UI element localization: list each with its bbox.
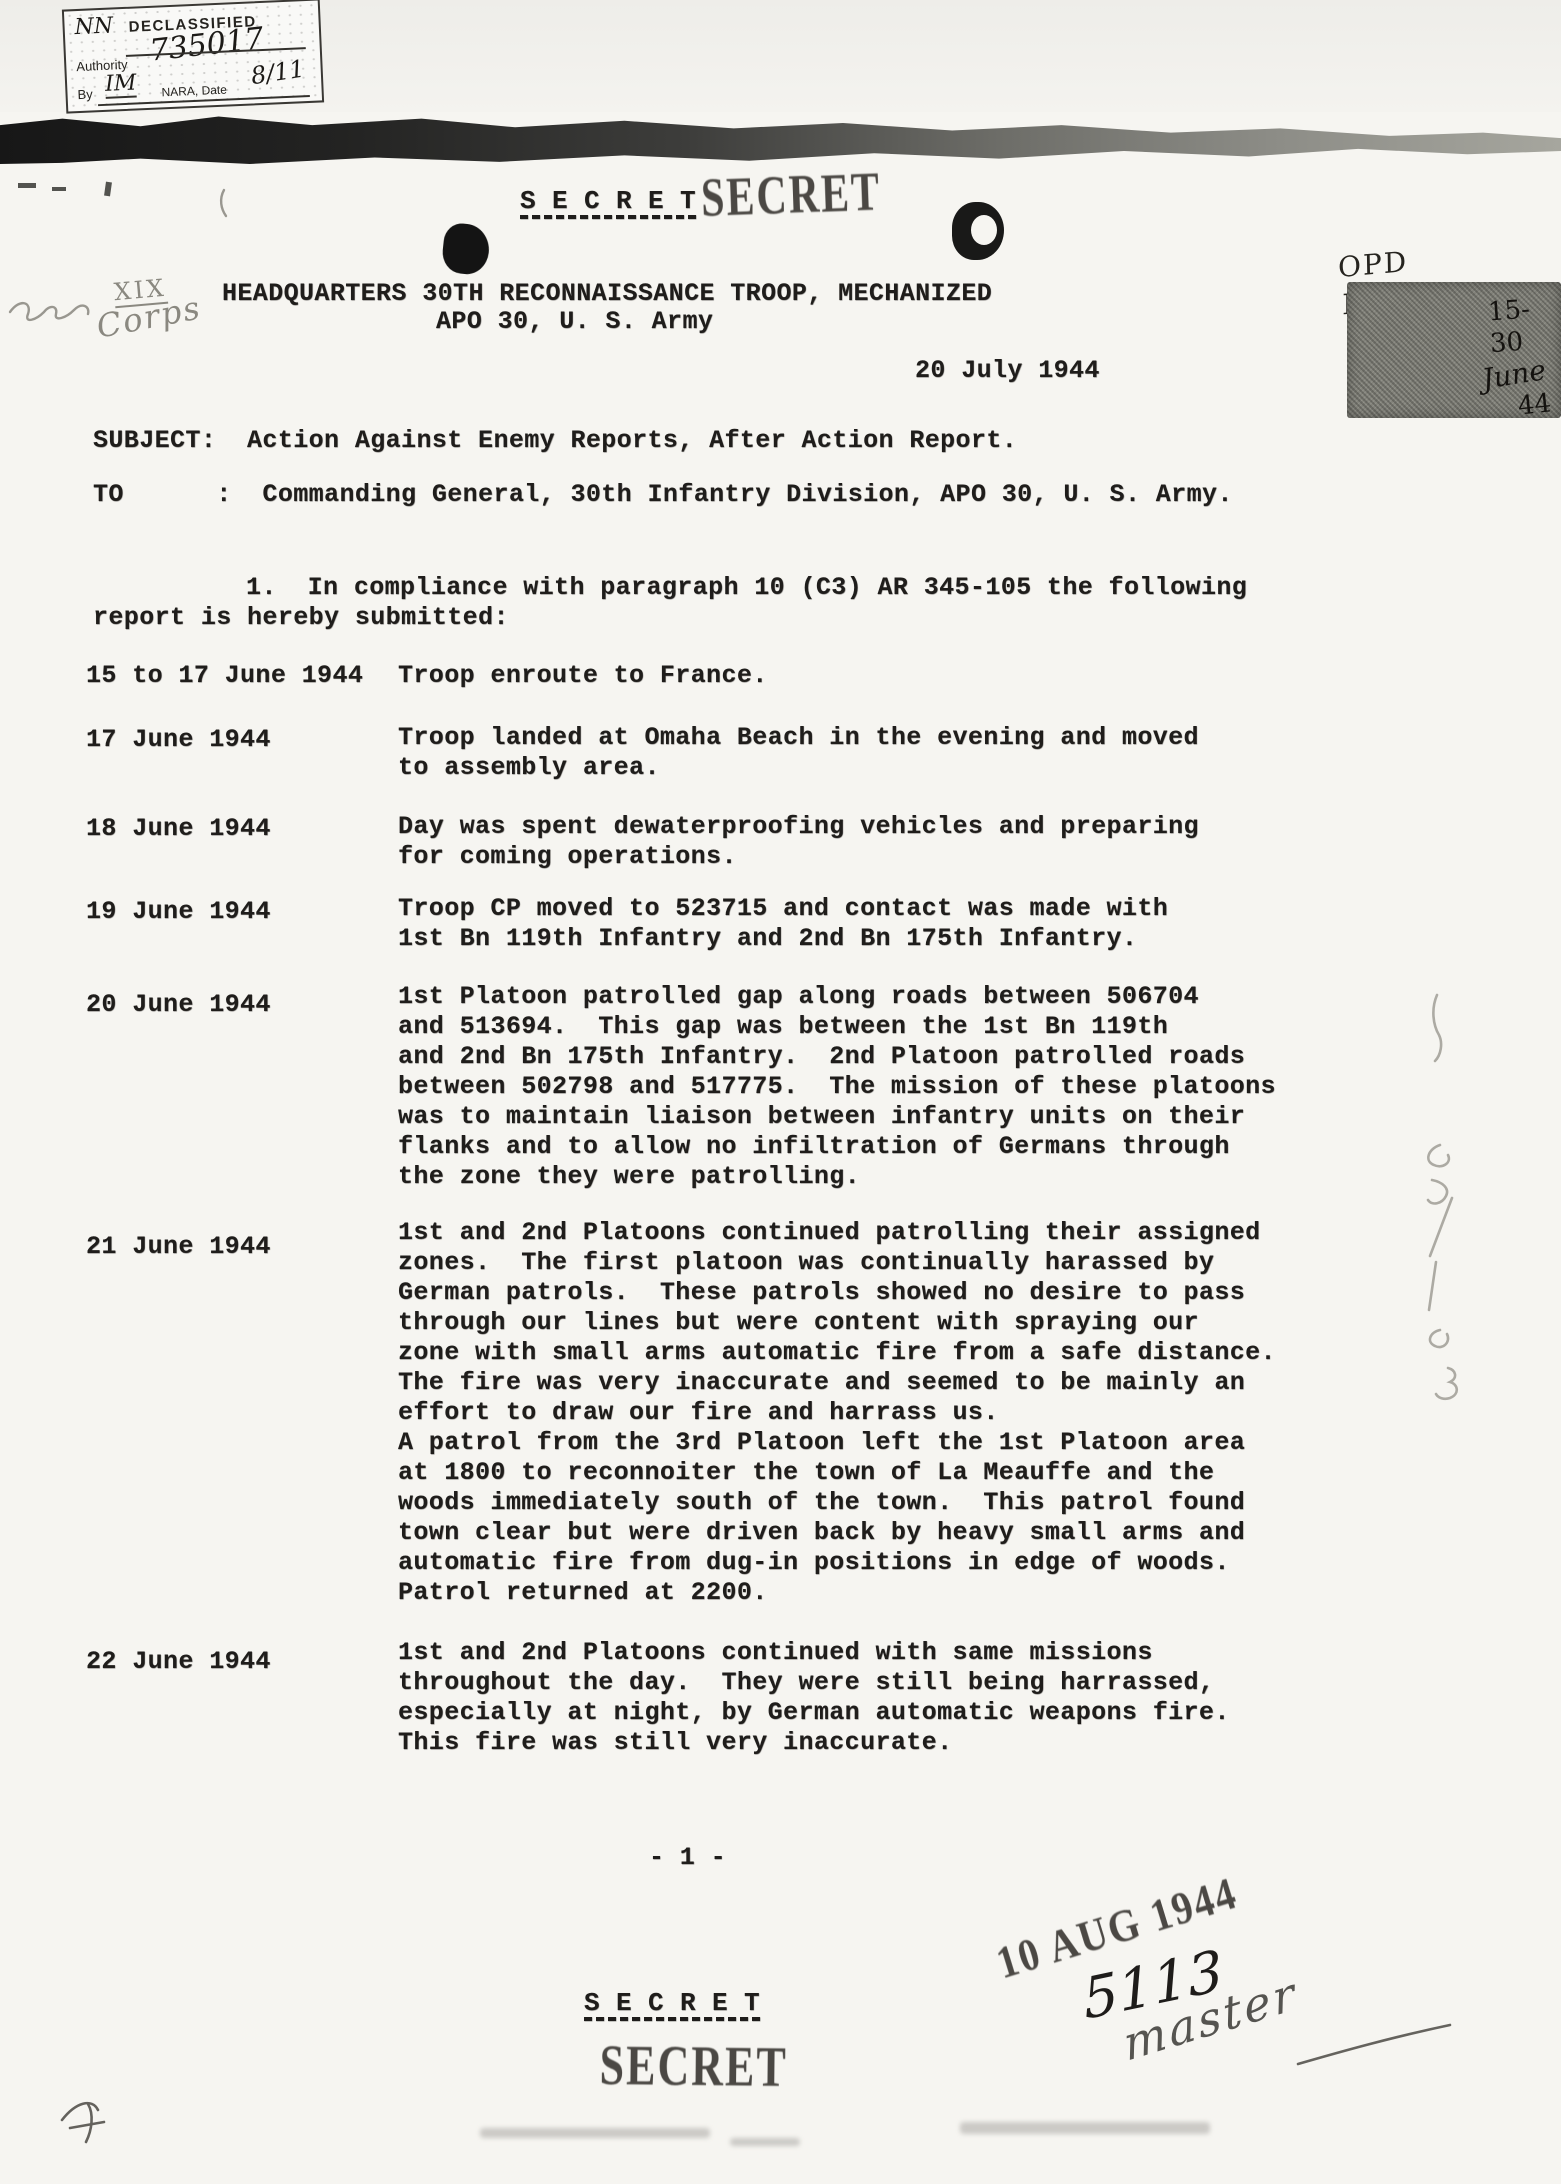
entry-line: between 502798 and 517775. The mission o… xyxy=(398,1072,1276,1102)
entry-line: woods immediately south of the town. Thi… xyxy=(398,1488,1245,1518)
scan-smudge xyxy=(480,2128,710,2138)
scanned-document-page: NN DECLASSIFIED Authority 735017 By IM N… xyxy=(0,0,1561,2184)
entry-line: automatic fire from dug-in positions in … xyxy=(398,1548,1230,1578)
entry-date: 17 June 1944 xyxy=(86,725,271,755)
entry-date: 19 June 1944 xyxy=(86,897,271,927)
entry-line: effort to draw our fire and harrass us. xyxy=(398,1398,999,1428)
entry-line: 1st Platoon patrolled gap along roads be… xyxy=(398,982,1199,1012)
entry-date: 20 June 1944 xyxy=(86,990,271,1020)
entry-line: A patrol from the 3rd Platoon left the 1… xyxy=(398,1428,1245,1458)
page-number: - 1 - xyxy=(649,1843,726,1873)
entry-date: 22 June 1944 xyxy=(86,1647,271,1677)
entry-line: Troop landed at Omaha Beach in the eveni… xyxy=(398,723,1199,753)
entry-line: German patrols. These patrols showed no … xyxy=(398,1278,1245,1308)
entry-line: The fire was very inaccurate and seemed … xyxy=(398,1368,1245,1398)
secret-stamp-bottom: SECRET xyxy=(599,2032,788,2100)
entry-line: Troop CP moved to 523715 and contact was… xyxy=(398,894,1168,924)
entry-line: 1st Bn 119th Infantry and 2nd Bn 175th I… xyxy=(398,924,1137,954)
entry-line: was to maintain liaison between infantry… xyxy=(398,1102,1245,1132)
entry-line: through our lines but were content with … xyxy=(398,1308,1199,1338)
entry-line: especially at night, by German automatic… xyxy=(398,1698,1230,1728)
entry-line: 1st and 2nd Platoons continued with same… xyxy=(398,1638,1153,1668)
entry-line: flanks and to allow no infiltration of G… xyxy=(398,1132,1230,1162)
entry-line: Day was spent dewaterproofing vehicles a… xyxy=(398,812,1199,842)
entry-line: This fire was still very inaccurate. xyxy=(398,1728,953,1758)
entry-line: zone with small arms automatic fire from… xyxy=(398,1338,1276,1368)
entry-line: at 1800 to reconnoiter the town of La Me… xyxy=(398,1458,1214,1488)
scan-smudge xyxy=(960,2122,1210,2134)
entry-date: 15 to 17 June 1944 xyxy=(86,661,363,691)
entry-line: and 513694. This gap was between the 1st… xyxy=(398,1012,1168,1042)
entry-line: to assembly area. xyxy=(398,753,660,783)
entry-line: for coming operations. xyxy=(398,842,737,872)
entry-line: and 2nd Bn 175th Infantry. 2nd Platoon p… xyxy=(398,1042,1245,1072)
entry-line: 1st and 2nd Platoons continued patrollin… xyxy=(398,1218,1261,1248)
report-entries: 15 to 17 June 1944Troop enroute to Franc… xyxy=(0,0,1561,2184)
entry-line: the zone they were patrolling. xyxy=(398,1162,860,1192)
entry-line: zones. The first platoon was continually… xyxy=(398,1248,1214,1278)
entry-line: Troop enroute to France. xyxy=(398,661,768,691)
scan-smudge xyxy=(730,2138,800,2146)
entry-line: Patrol returned at 2200. xyxy=(398,1578,768,1608)
entry-line: town clear but were driven back by heavy… xyxy=(398,1518,1245,1548)
entry-date: 18 June 1944 xyxy=(86,814,271,844)
classification-typed-bottom: S E C R E T xyxy=(584,1988,760,2018)
entry-line: throughout the day. They were still bein… xyxy=(398,1668,1214,1698)
entry-date: 21 June 1944 xyxy=(86,1232,271,1262)
